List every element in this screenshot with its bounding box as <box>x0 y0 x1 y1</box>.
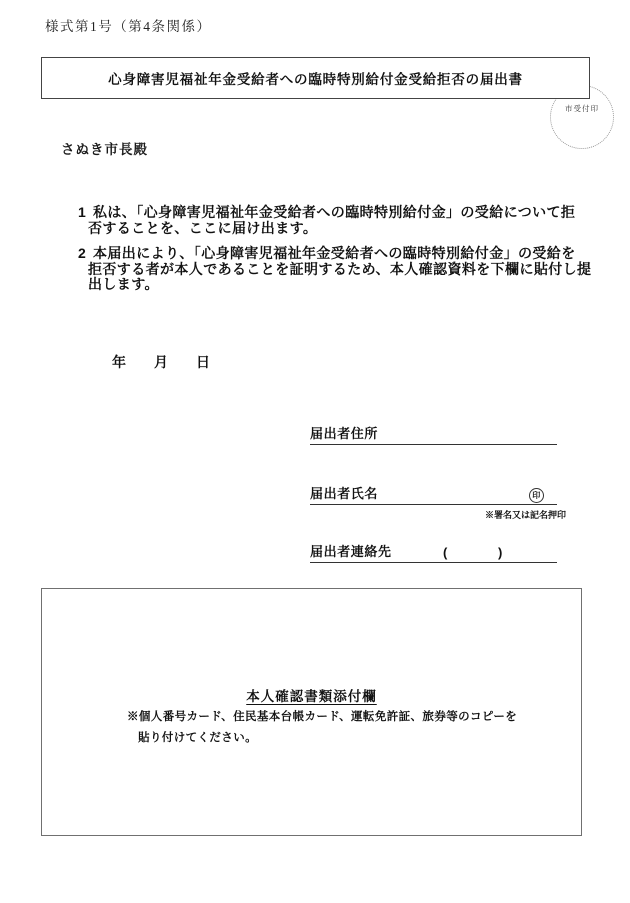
stamp-label: 市受付印 <box>551 103 613 114</box>
page-title: 心身障害児福祉年金受給者への臨時特別給付金受給拒否の届出書 <box>108 68 523 88</box>
paragraph-2-number: 2 <box>78 246 93 262</box>
attachment-note-line1: ※個人番号カード、住民基本台帳カード、運転免許証、旅券等のコピーを <box>127 708 517 724</box>
declarant-name-label: 届出者氏名 <box>310 483 378 502</box>
form-page: 様式第1号（第4条関係） 心身障害児福祉年金受給者への臨時特別給付金受給拒否の届… <box>0 0 630 903</box>
seal-mark-icon: 印 <box>529 488 544 503</box>
declarant-address-label: 届出者住所 <box>310 423 378 442</box>
month-label: 月 <box>154 352 168 372</box>
paren-open: ( <box>443 545 448 560</box>
year-label: 年 <box>112 352 126 372</box>
form-number: 様式第1号（第4条関係） <box>45 15 212 35</box>
declarant-contact-label: 届出者連絡先 <box>310 541 392 560</box>
paragraph-1-number: 1 <box>78 205 93 221</box>
paragraph-2: 2本届出により、「心身障害児福祉年金受給者への臨時特別給付金」の受給を 拒否する… <box>0 246 628 293</box>
declarant-address-field: 届出者住所 <box>310 425 557 445</box>
seal-note: ※署名又は記名押印 <box>485 508 566 521</box>
declarant-contact-field: 届出者連絡先 ( ) <box>310 543 557 563</box>
seal-character: 印 <box>532 492 541 500</box>
paragraph-1-text: 私は、「心身障害児福祉年金受給者への臨時特別給付金」の受給について拒 否すること… <box>88 204 575 236</box>
paragraph-2-text: 本届出により、「心身障害児福祉年金受給者への臨時特別給付金」の受給を 拒否する者… <box>88 245 591 292</box>
identity-document-attachment-box: 本人確認書類添付欄 ※個人番号カード、住民基本台帳カード、運転免許証、旅券等のコ… <box>41 588 582 836</box>
paragraph-1: 1私は、「心身障害児福祉年金受給者への臨時特別給付金」の受給について拒 否するこ… <box>0 205 628 236</box>
paren-close: ) <box>498 545 503 560</box>
attachment-box-title: 本人確認書類添付欄 <box>42 685 581 705</box>
addressee: さぬき市長殿 <box>61 138 148 158</box>
declarant-name-field: 届出者氏名 印 <box>310 485 557 505</box>
title-box: 心身障害児福祉年金受給者への臨時特別給付金受給拒否の届出書 <box>41 57 590 99</box>
date-line: 年 月 日 <box>112 352 210 372</box>
day-label: 日 <box>196 352 210 372</box>
attachment-note-line2: 貼り付けてください。 <box>138 729 257 745</box>
